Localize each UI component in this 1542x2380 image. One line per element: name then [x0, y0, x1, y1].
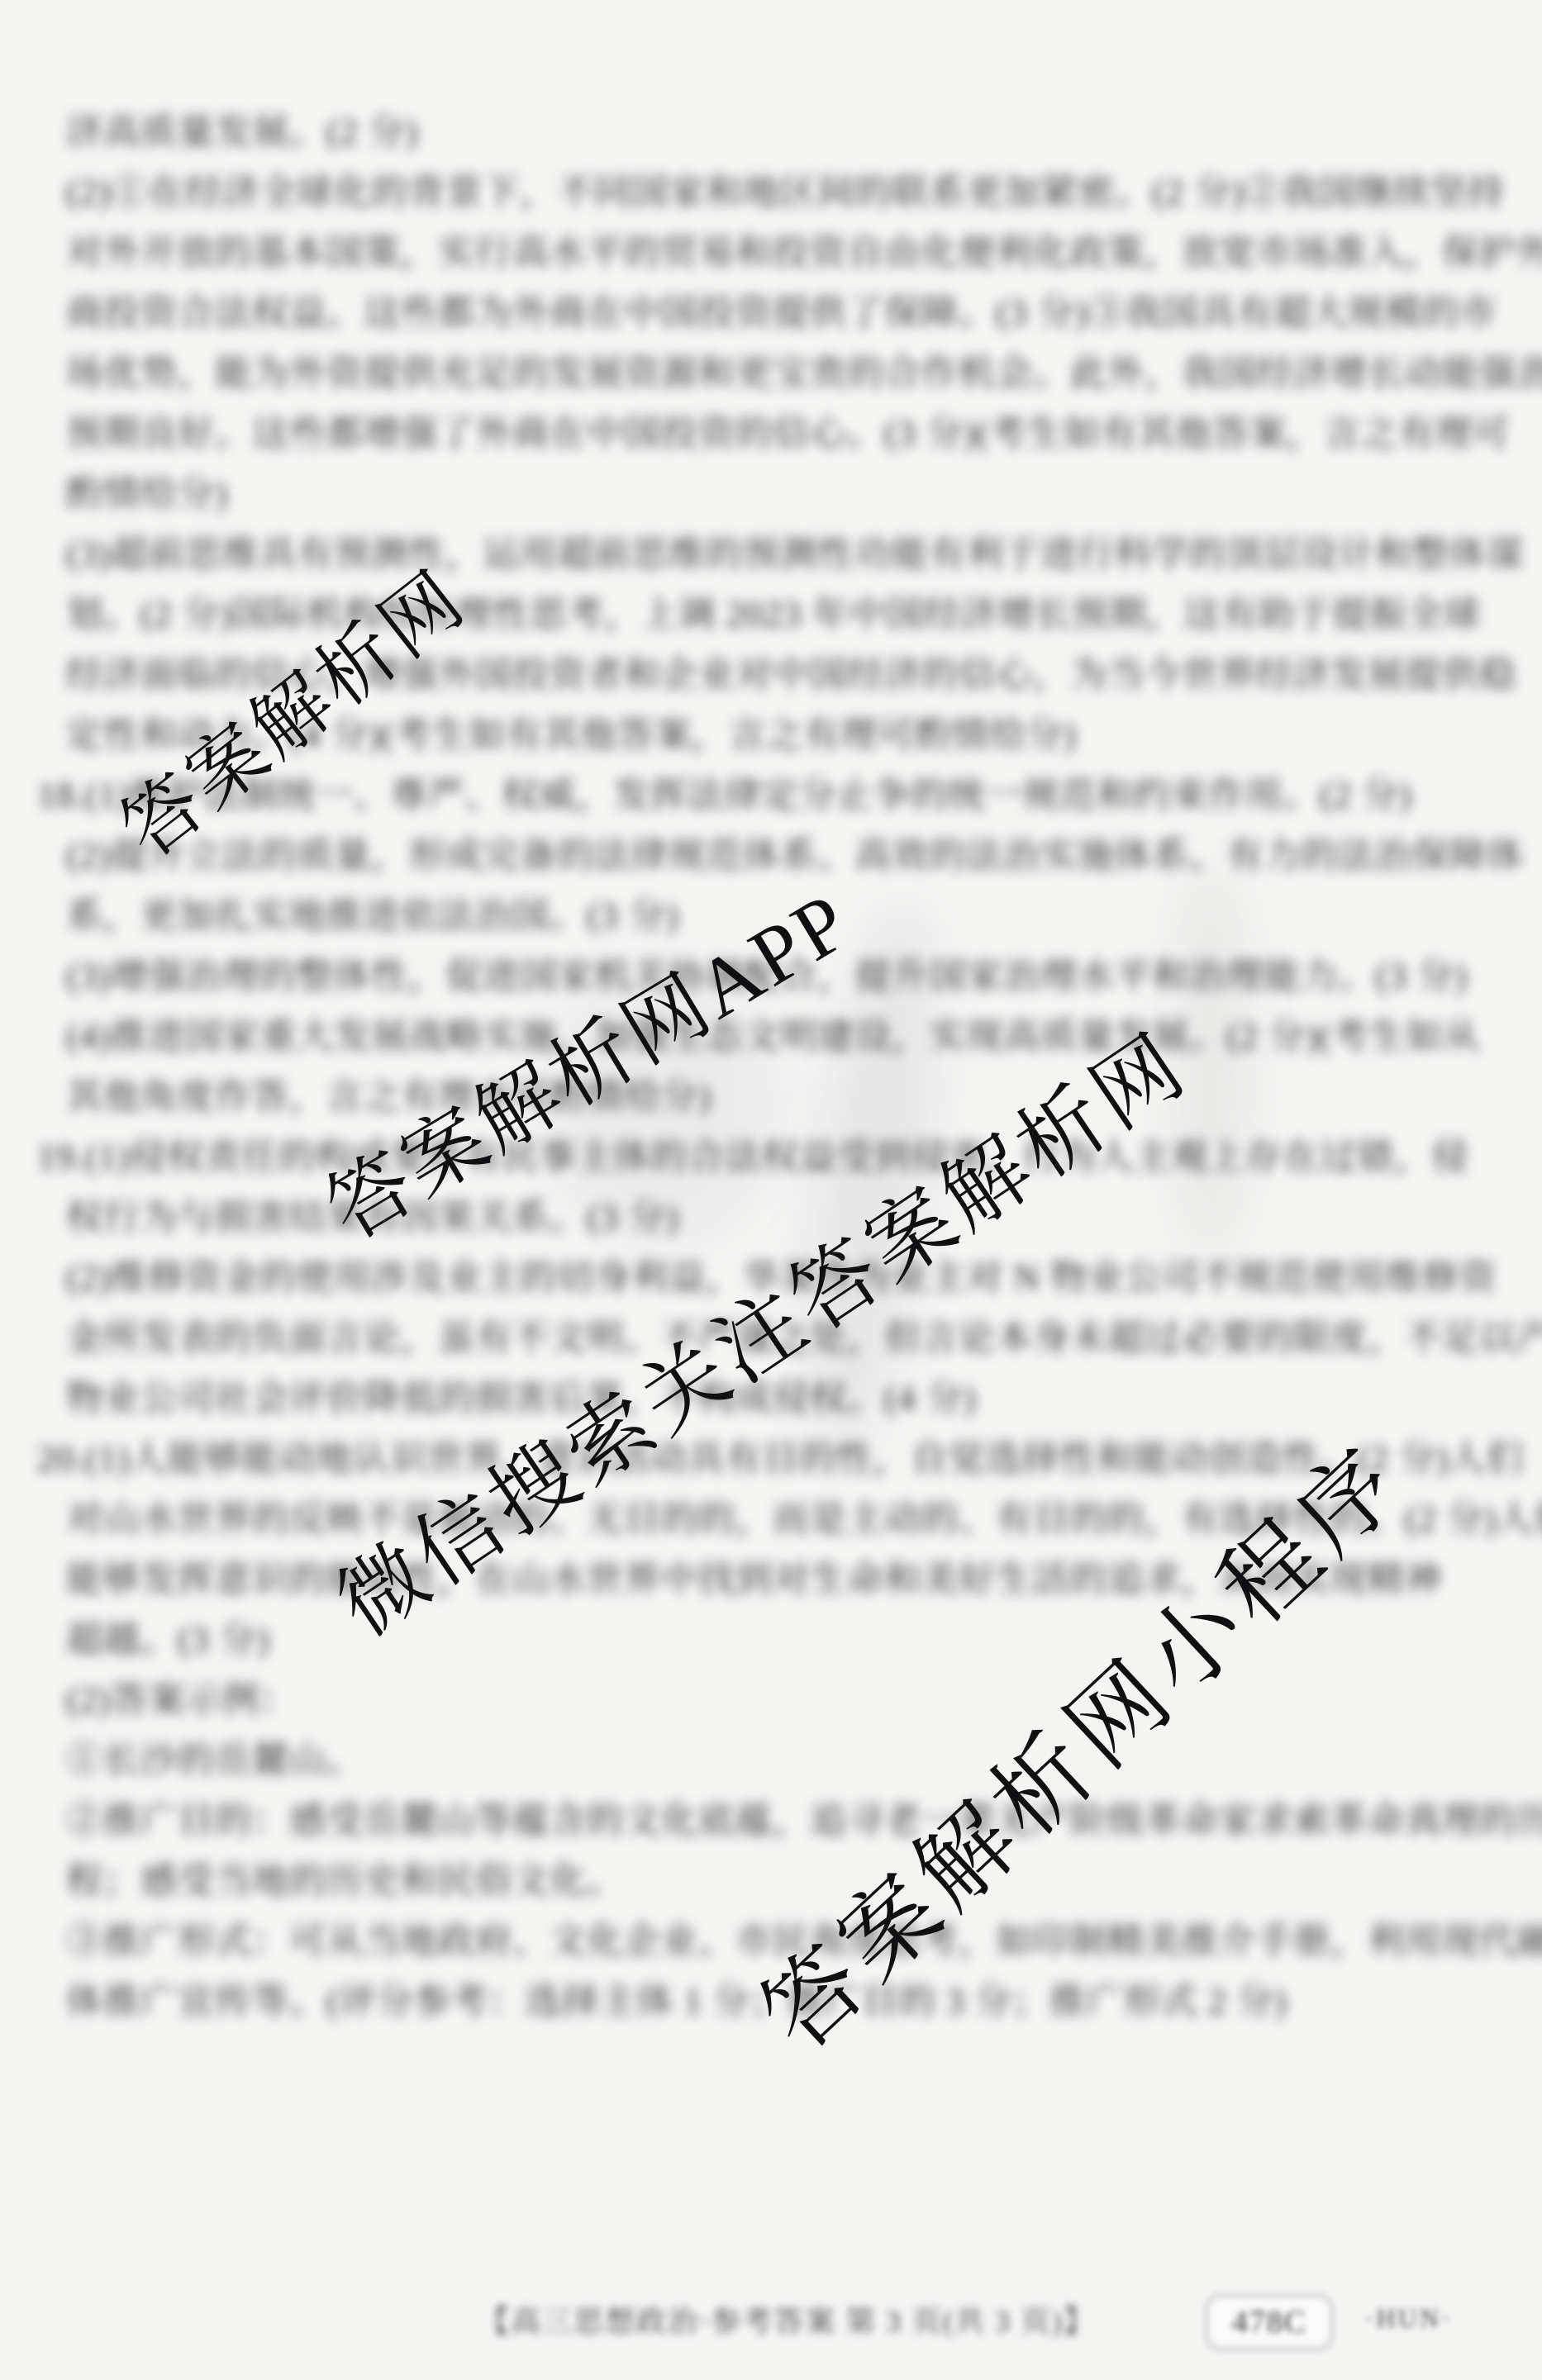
text-line: 划。(2 分)国际机构纷纷理性思考，上调 2023 年中国经济增长预期，这有助于… — [0, 584, 1542, 644]
text-line: 酌情给分) — [0, 463, 1542, 524]
footer-page-label: 【高三思想政治·参考答案 第 3 页(共 3 页)】 — [479, 2298, 1095, 2340]
text-line: (3)超前思维具有预测性，运用超前思维的预测性功能有利于进行科学的顶层设计和整体… — [0, 524, 1542, 584]
paper-code: 478C — [1232, 2304, 1306, 2340]
region-code: ·HUN· — [1365, 2303, 1453, 2334]
text-line: ①长沙的岳麓山。 — [0, 1730, 1542, 1790]
text-line: 预期良好。这些都增强了外商在中国投资的信心。(3 分)(考生如有其他答案，言之有… — [0, 403, 1542, 463]
text-line: 场优势，能为外资提供充足的发展资源和更宝贵的合作机会。此外，我国经济增长动能强劲… — [0, 343, 1542, 403]
text-line: (2)答案示例： — [0, 1670, 1542, 1730]
text-line: 程；感受当地的历史和民俗文化。 — [0, 1850, 1542, 1911]
text-line: 权行为与损害结果有因果关系。(3 分) — [0, 1187, 1542, 1247]
text-line: 济高质量发展。(2 分) — [0, 102, 1542, 162]
scanned-answer-sheet-page: 济高质量发展。(2 分)(2)①在经济全球化的背景下，不同国家和地区间的联系更加… — [0, 0, 1542, 2380]
text-line: 商投资合法权益。这些都为外商在中国投资提供了保障。(3 分)③我国具有超大规模的… — [0, 283, 1542, 343]
text-line: (2)提升立法的质量，形成完备的法律规范体系、高效的法治实施体系、有力的法治保障… — [0, 825, 1542, 886]
text-line: 其他角度作答，言之有理亦可酌情给分) — [0, 1066, 1542, 1127]
text-line: ②推广目的：感受岳麓山等蕴含的文化底蕴，追寻老一辈无产阶级革命家求索革命真理的历 — [0, 1790, 1542, 1850]
text-line: (2)①在经济全球化的背景下，不同国家和地区间的联系更加紧密。(2 分)②我国继… — [0, 162, 1542, 222]
answer-body-text: 济高质量发展。(2 分)(2)①在经济全球化的背景下，不同国家和地区间的联系更加… — [0, 102, 1542, 2031]
text-line: 对外开放的基本国策，实行高水平的贸易和投资自由化便利化政策，放宽市场准入，保护外 — [0, 222, 1542, 283]
paper-code-box: 478C — [1206, 2294, 1333, 2350]
text-line: 19.(1)侵权责任的构成要件有民事主体的合法权益受到侵害，行为人主观上存在过错… — [0, 1127, 1542, 1187]
